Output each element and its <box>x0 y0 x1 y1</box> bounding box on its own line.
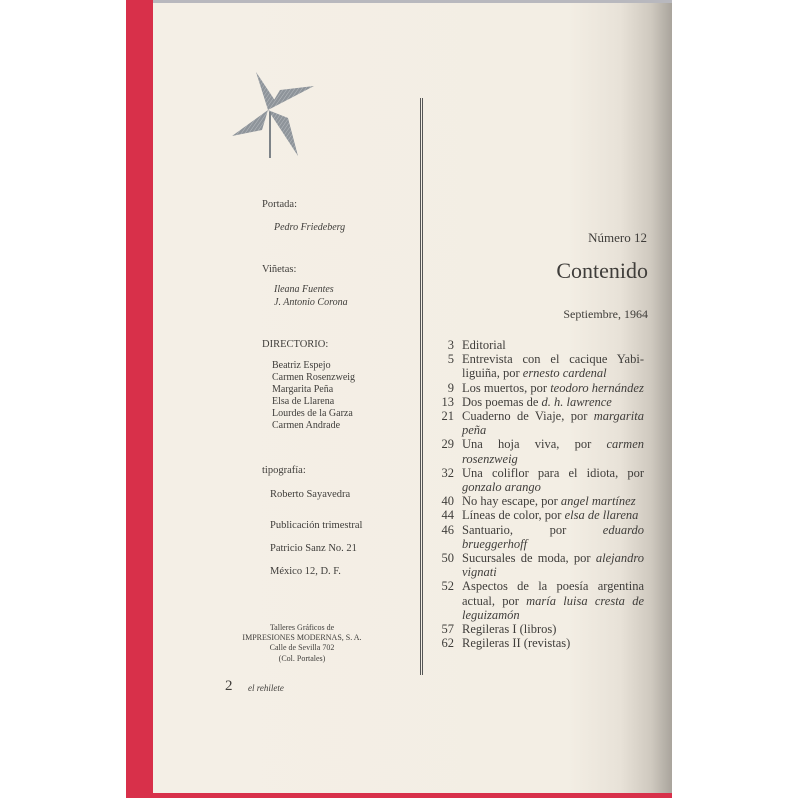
table-of-contents: 3Editorial5Entrevista con el cacique Yab… <box>432 338 644 650</box>
toc-author: margarita peña <box>462 409 644 437</box>
toc-page-number: 44 <box>432 508 462 522</box>
address-line-2: México 12, D. F. <box>270 566 341 577</box>
toc-author: elsa de llarena <box>565 508 639 522</box>
toc-author: angel martínez <box>561 494 636 508</box>
page-number: 2 <box>225 678 233 695</box>
page-top-edge <box>153 0 672 3</box>
directorio-name: Carmen Andrade <box>272 420 340 432</box>
toc-author: carmen rosenzweig <box>462 437 644 465</box>
tipografia-name: Roberto Sayavedra <box>270 489 350 500</box>
toc-page-number: 9 <box>432 381 462 395</box>
running-title: el rehilete <box>248 683 284 693</box>
toc-title: Aspectos de la poesía argentina actual, … <box>462 579 644 622</box>
contents-heading: Contenido <box>556 258 648 284</box>
toc-entry: 32Una coliflor para el idiota, por gonza… <box>432 466 644 494</box>
toc-entry: 13Dos poemas de d. h. lawrence <box>432 395 644 409</box>
toc-page-number: 5 <box>432 352 462 380</box>
imprint-line: (Col. Portales) <box>236 654 368 664</box>
toc-page-number: 29 <box>432 437 462 465</box>
toc-title: Santuario, por eduardo brueggerhoff <box>462 523 644 551</box>
toc-page-number: 21 <box>432 409 462 437</box>
toc-page-number: 50 <box>432 551 462 579</box>
toc-entry: 3Editorial <box>432 338 644 352</box>
toc-page-number: 40 <box>432 494 462 508</box>
toc-page-number: 62 <box>432 636 462 650</box>
toc-entry: 21Cuaderno de Viaje, por margarita peña <box>432 409 644 437</box>
toc-entry: 46Santuario, por eduardo brueggerhoff <box>432 523 644 551</box>
toc-title: Dos poemas de d. h. lawrence <box>462 395 644 409</box>
toc-title: Entrevista con el cacique Yabi­liguiña, … <box>462 352 644 380</box>
toc-entry: 52Aspectos de la poesía argentina actual… <box>432 579 644 622</box>
toc-author: gonzalo arango <box>462 480 541 494</box>
publication-frequency: Publicación trimestral <box>270 520 362 531</box>
vinetas-label: Viñetas: <box>262 264 296 275</box>
directorio-name: Lourdes de la Garza <box>272 408 353 420</box>
column-divider <box>420 98 423 675</box>
toc-author: alejandro vignati <box>462 551 644 579</box>
pinwheel-icon <box>226 66 318 158</box>
vinetas-name: Ileana Fuentes <box>274 283 334 297</box>
toc-entry: 40No hay escape, por angel martínez <box>432 494 644 508</box>
toc-page-number: 46 <box>432 523 462 551</box>
directorio-name: Carmen Rosenzweig <box>272 372 355 384</box>
toc-title: Editorial <box>462 338 644 352</box>
toc-page-number: 57 <box>432 622 462 636</box>
printer-imprint: Talleres Gráficos de IMPRESIONES MODERNA… <box>236 623 368 664</box>
toc-author: maría luisa cresta de leguizamón <box>462 594 644 622</box>
toc-page-number: 52 <box>432 579 462 622</box>
toc-entry: 29Una hoja viva, por carmen rosenzweig <box>432 437 644 465</box>
toc-title: Regileras II (revistas) <box>462 636 644 650</box>
imprint-line: Calle de Sevilla 702 <box>236 643 368 653</box>
address-line-1: Patricio Sanz No. 21 <box>270 543 357 554</box>
toc-title: No hay escape, por angel martínez <box>462 494 644 508</box>
vinetas-name: J. Antonio Corona <box>274 296 348 310</box>
imprint-line: Talleres Gráficos de <box>236 623 368 633</box>
toc-page-number: 13 <box>432 395 462 409</box>
portada-name: Pedro Friedeberg <box>274 221 345 235</box>
toc-title: Sucursales de moda, por alejandro vignat… <box>462 551 644 579</box>
imprint-line: IMPRESIONES MODERNAS, S. A. <box>236 633 368 643</box>
directorio-label: DIRECTORIO: <box>262 339 328 350</box>
toc-author: d. h. lawrence <box>542 395 612 409</box>
tipografia-label: tipografía: <box>262 465 306 476</box>
toc-author: teodoro hernández <box>550 381 644 395</box>
toc-title: Los muertos, por teodoro hernández <box>462 381 644 395</box>
toc-author: ernesto cardenal <box>523 366 607 380</box>
toc-page-number: 3 <box>432 338 462 352</box>
toc-entry: 50Sucursales de moda, por alejandro vign… <box>432 551 644 579</box>
toc-entry: 57Regileras I (libros) <box>432 622 644 636</box>
toc-page-number: 32 <box>432 466 462 494</box>
toc-title: Líneas de color, por elsa de llarena <box>462 508 644 522</box>
toc-entry: 44Líneas de color, por elsa de llarena <box>432 508 644 522</box>
toc-entry: 62Regileras II (revistas) <box>432 636 644 650</box>
toc-entry: 9Los muertos, por teodoro hernández <box>432 381 644 395</box>
toc-title: Cuaderno de Viaje, por margarita peña <box>462 409 644 437</box>
toc-title: Una hoja viva, por carmen rosenzweig <box>462 437 644 465</box>
directorio-name: Elsa de Llarena <box>272 396 334 408</box>
toc-author: eduardo brueggerhoff <box>462 523 644 551</box>
directorio-name: Beatriz Espejo <box>272 360 331 372</box>
directorio-name: Margarita Peña <box>272 384 333 396</box>
portada-label: Portada: <box>262 199 297 210</box>
toc-title: Regileras I (libros) <box>462 622 644 636</box>
toc-entry: 5Entrevista con el cacique Yabi­liguiña,… <box>432 352 644 380</box>
issue-date: Septiembre, 1964 <box>563 307 648 322</box>
toc-title: Una coliflor para el idiota, por gonzalo… <box>462 466 644 494</box>
issue-number: Número 12 <box>588 230 647 246</box>
